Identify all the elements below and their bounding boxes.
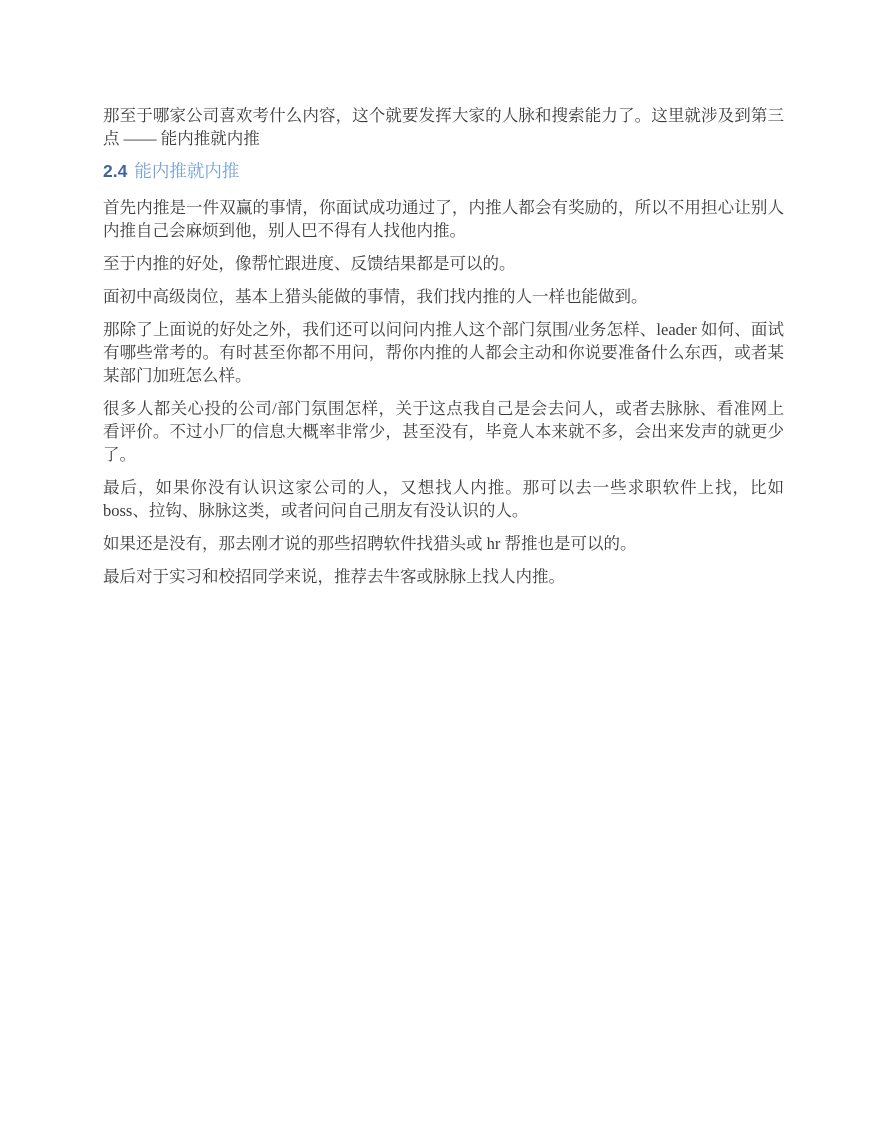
document-page: 那至于哪家公司喜欢考什么内容，这个就要发挥大家的人脉和搜索能力了。这里就涉及到第… [0,0,884,1144]
paragraph-campus-recruit: 最后对于实习和校招同学来说，推荐去牛客或脉脉上找人内推。 [103,565,784,588]
document-content: 那至于哪家公司喜欢考什么内容，这个就要发挥大家的人脉和搜索能力了。这里就涉及到第… [103,104,784,598]
paragraph-ask-referrer: 那除了上面说的好处之外，我们还可以问问内推人这个部门氛围/业务怎样、leader… [103,318,784,387]
paragraph-headhunter-hr: 如果还是没有，那去刚才说的那些招聘软件找猎头或 hr 帮推也是可以的。 [103,532,784,555]
paragraph-intro: 那至于哪家公司喜欢考什么内容，这个就要发挥大家的人脉和搜索能力了。这里就涉及到第… [103,104,784,150]
section-heading-title: 能内推就内推 [134,161,239,181]
section-heading-number: 2.4 [103,161,127,181]
paragraph-senior-positions: 面初中高级岗位，基本上猎头能做的事情，我们找内推的人一样也能做到。 [103,285,784,308]
paragraph-referral-benefits: 至于内推的好处，像帮忙跟进度、反馈结果都是可以的。 [103,252,784,275]
paragraph-referral-winwin: 首先内推是一件双赢的事情，你面试成功通过了，内推人都会有奖励的，所以不用担心让别… [103,196,784,242]
section-heading: 2.4能内推就内推 [103,160,784,183]
paragraph-find-referrer-apps: 最后，如果你没有认识这家公司的人，又想找人内推。那可以去一些求职软件上找，比如 … [103,476,784,522]
paragraph-company-atmosphere: 很多人都关心投的公司/部门氛围怎样，关于这点我自己是会去问人，或者去脉脉、看准网… [103,397,784,466]
